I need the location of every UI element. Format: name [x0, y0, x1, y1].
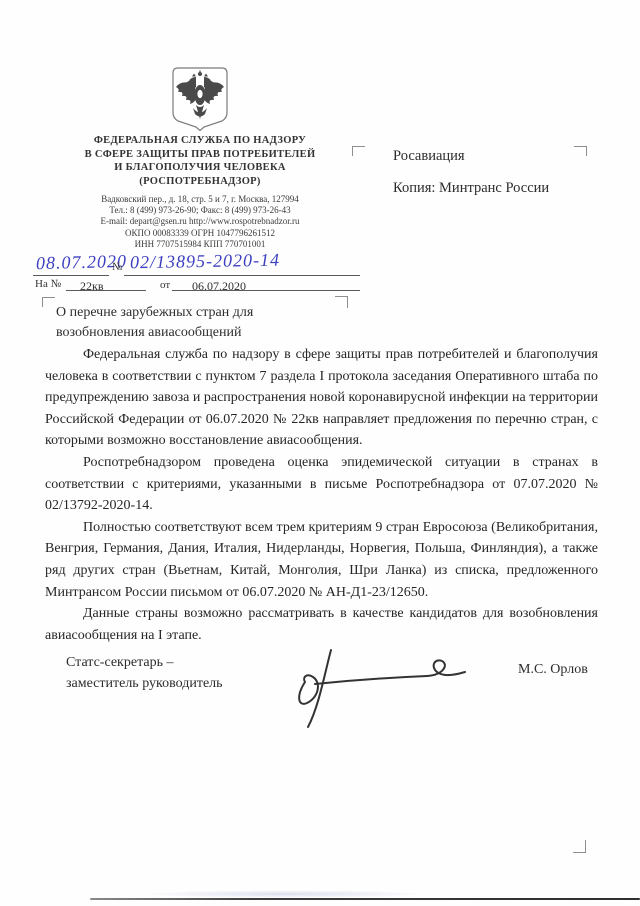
- from-label: от: [160, 279, 170, 291]
- signer-position-line: Статс-секретарь –: [66, 652, 286, 673]
- body-paragraph: Роспотребнадзором проведена оценка эпиде…: [45, 452, 598, 517]
- address-line: Вадковский пер., д. 18, стр. 5 и 7, г. М…: [48, 194, 352, 205]
- corner-mark-page-bottom-right: [573, 840, 586, 853]
- letter-subject: О перечне зарубежных стран для возобновл…: [56, 303, 346, 343]
- subject-line: возобновления авиасообщений: [56, 323, 346, 343]
- reply-to-label: На №: [35, 278, 61, 290]
- address-line: ИНН 7707515984 КПП 770701001: [48, 239, 352, 250]
- address-line: ОКПО 00083339 ОГРН 1047796261512: [48, 228, 352, 239]
- letterhead-org-name: ФЕДЕРАЛЬНАЯ СЛУЖБА ПО НАДЗОРУ В СФЕРЕ ЗА…: [48, 134, 352, 188]
- recipient-to: Росавиация: [393, 148, 465, 165]
- scan-edge-line: [90, 898, 640, 900]
- corner-mark-subject-top-left: [42, 297, 55, 307]
- number-sign-label: №: [112, 261, 123, 273]
- reply-number-value: 22кв: [80, 279, 104, 294]
- address-line: E-mail: depart@gsen.ru http://www.rospot…: [48, 216, 352, 227]
- signer-position: Статс-секретарь – заместитель руководите…: [66, 652, 286, 694]
- letterhead-contacts: Вадковский пер., д. 18, стр. 5 и 7, г. М…: [48, 194, 352, 250]
- org-line: (РОСПОТРЕБНАДЗОР): [48, 175, 352, 189]
- reply-date-value: 06.07.2020: [192, 279, 246, 294]
- body-paragraph: Федеральная служба по надзору в сфере за…: [45, 344, 598, 452]
- handwritten-outgoing-number: 02/13895-2020-14: [130, 251, 280, 272]
- recipient-copy: Копия: Минтранс России: [393, 180, 549, 197]
- scanned-letter-page: ФЕДЕРАЛЬНАЯ СЛУЖБА ПО НАДЗОРУ В СФЕРЕ ЗА…: [0, 0, 640, 906]
- handwritten-signature: [275, 640, 475, 732]
- number-underline: [124, 275, 360, 276]
- subject-line: О перечне зарубежных стран для: [56, 303, 346, 323]
- org-line: ФЕДЕРАЛЬНАЯ СЛУЖБА ПО НАДЗОРУ: [48, 134, 352, 148]
- org-line: И БЛАГОПОЛУЧИЯ ЧЕЛОВЕКА: [48, 161, 352, 175]
- corner-mark-recipient-top-left: [352, 146, 365, 156]
- reply-number-underline: [66, 290, 146, 291]
- org-line: В СФЕРЕ ЗАЩИТЫ ПРАВ ПОТРЕБИТЕЛЕЙ: [48, 148, 352, 162]
- letter-body: Федеральная служба по надзору в сфере за…: [45, 344, 598, 646]
- date-underline: [33, 275, 109, 276]
- signer-name: М.С. Орлов: [518, 662, 588, 678]
- address-line: Тел.: 8 (499) 973-26-90; Факс: 8 (499) 9…: [48, 205, 352, 216]
- russia-coat-of-arms-icon: [172, 67, 228, 131]
- scan-smudge: [140, 890, 430, 898]
- body-paragraph: Полностью соответствуют всем трем критер…: [45, 517, 598, 603]
- reply-date-underline: [172, 290, 360, 291]
- corner-mark-recipient-top-right: [574, 146, 587, 156]
- signer-position-line: заместитель руководитель: [66, 673, 286, 694]
